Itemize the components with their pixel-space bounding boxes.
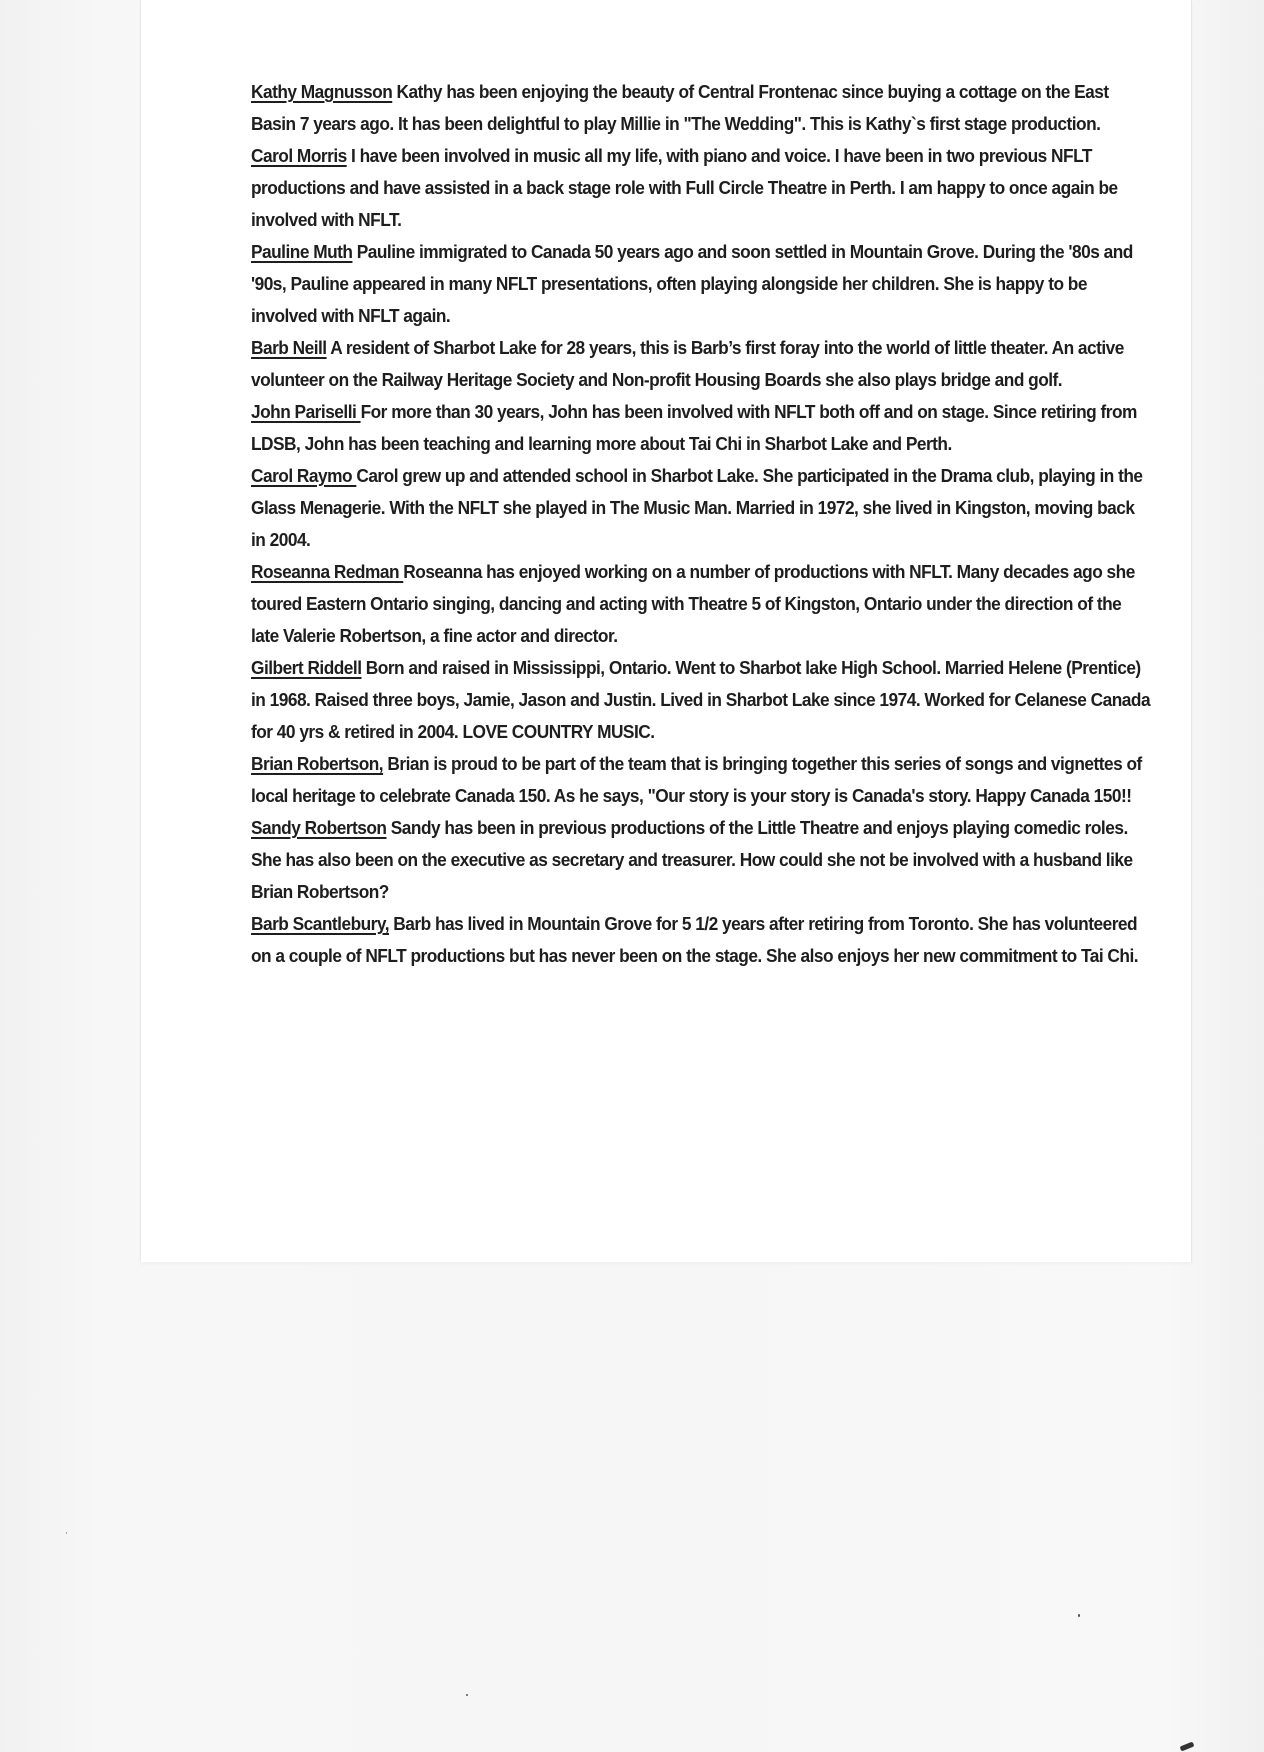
bio-entry: Carol Raymo Carol grew up and attended s…	[251, 460, 1151, 556]
bio-entry: Brian Robertson, Brian is proud to be pa…	[251, 748, 1151, 812]
bio-name: Sandy Robertson	[251, 817, 386, 838]
bio-entry: Carol Morris I have been involved in mus…	[251, 140, 1151, 236]
bio-name: Barb Scantlebury,	[251, 913, 389, 934]
scan-speck	[466, 1694, 468, 1696]
bio-name: Carol Raymo	[251, 465, 356, 486]
bio-text: I have been involved in music all my lif…	[251, 145, 1118, 230]
bio-name: John Pariselli	[251, 401, 361, 422]
bio-name: Carol Morris	[251, 145, 347, 166]
bio-text: Pauline immigrated to Canada 50 years ag…	[251, 241, 1133, 326]
bio-entry: Sandy Robertson Sandy has been in previo…	[251, 812, 1151, 908]
bio-name: Kathy Magnusson	[251, 81, 392, 102]
cast-bios: Kathy Magnusson Kathy has been enjoying …	[251, 76, 1151, 972]
bio-text: Born and raised in Mississippi, Ontario.…	[251, 657, 1150, 742]
scan-speck	[1078, 1614, 1080, 1617]
bio-entry: Roseanna Redman Roseanna has enjoyed wor…	[251, 556, 1151, 652]
bio-text: Brian is proud to be part of the team th…	[251, 753, 1142, 806]
bio-entry: Gilbert Riddell Born and raised in Missi…	[251, 652, 1151, 748]
scan-speck	[66, 1532, 67, 1534]
bio-entry: Pauline Muth Pauline immigrated to Canad…	[251, 236, 1151, 332]
bio-text: Carol grew up and attended school in Sha…	[251, 465, 1143, 550]
bio-text: A resident of Sharbot Lake for 28 years,…	[251, 337, 1124, 390]
bio-entry: Barb Scantlebury, Barb has lived in Moun…	[251, 908, 1151, 972]
bio-entry: Barb Neill A resident of Sharbot Lake fo…	[251, 332, 1151, 396]
bio-name: Roseanna Redman	[251, 561, 403, 582]
bio-name: Gilbert Riddell	[251, 657, 362, 678]
bio-name: Brian Robertson,	[251, 753, 383, 774]
bio-name: Barb Neill	[251, 337, 327, 358]
bio-entry: John Pariselli For more than 30 years, J…	[251, 396, 1151, 460]
bio-name: Pauline Muth	[251, 241, 352, 262]
bio-entry: Kathy Magnusson Kathy has been enjoying …	[251, 76, 1151, 140]
bio-text: For more than 30 years, John has been in…	[251, 401, 1137, 454]
